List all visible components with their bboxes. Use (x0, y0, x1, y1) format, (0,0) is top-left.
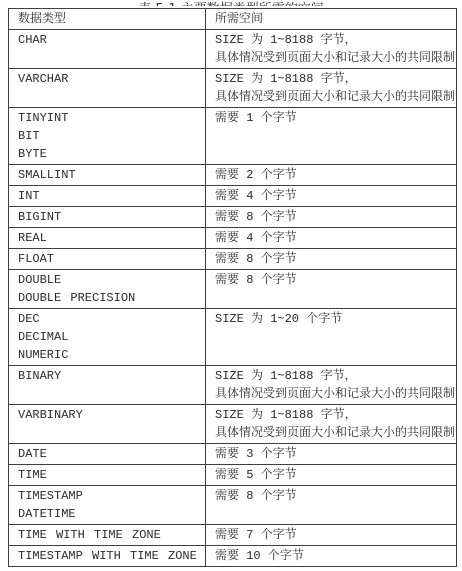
table-row: DECDECIMALNUMERICSIZE 为 1~20 个字节 (9, 309, 457, 366)
cell-line: TIME WITH TIME ZONE (18, 526, 203, 544)
table-row: TIMESTAMPDATETIME需要 8 个字节 (9, 486, 457, 525)
type-cell: TINYINTBITBYTE (9, 108, 206, 165)
cell-line: DOUBLE PRECISION (18, 289, 203, 307)
type-cell: TIME (9, 465, 206, 486)
cell-line: 具体情况受到页面大小和记录大小的共同限制 (215, 385, 454, 403)
space-cell: SIZE 为 1~8188 字节，具体情况受到页面大小和记录大小的共同限制 (206, 69, 457, 108)
cell-line: VARCHAR (18, 70, 203, 88)
type-cell: DECDECIMALNUMERIC (9, 309, 206, 366)
cell-line: 需要 1 个字节 (215, 109, 454, 127)
cell-line: 需要 8 个字节 (215, 271, 454, 289)
space-cell: SIZE 为 1~8188 字节，具体情况受到页面大小和记录大小的共同限制 (206, 405, 457, 444)
space-cell: 需要 8 个字节 (206, 249, 457, 270)
cell-line: DECIMAL (18, 328, 203, 346)
cell-line: TIMESTAMP WITH TIME ZONE (18, 547, 203, 565)
cell-line: TINYINT (18, 109, 203, 127)
type-cell: DOUBLEDOUBLE PRECISION (9, 270, 206, 309)
header-data-type: 数据类型 (9, 9, 206, 30)
table-row: VARBINARYSIZE 为 1~8188 字节，具体情况受到页面大小和记录大… (9, 405, 457, 444)
cell-line: DATE (18, 445, 203, 463)
table-row: TINYINTBITBYTE需要 1 个字节 (9, 108, 457, 165)
space-cell: 需要 4 个字节 (206, 186, 457, 207)
cell-line: REAL (18, 229, 203, 247)
space-cell: 需要 10 个字节 (206, 546, 457, 567)
type-cell: VARBINARY (9, 405, 206, 444)
type-cell: CHAR (9, 30, 206, 69)
space-cell: 需要 7 个字节 (206, 525, 457, 546)
header-required-space: 所需空间 (206, 9, 457, 30)
cell-line: 需要 3 个字节 (215, 445, 454, 463)
cell-line: 具体情况受到页面大小和记录大小的共同限制 (215, 49, 454, 67)
table-row: SMALLINT需要 2 个字节 (9, 165, 457, 186)
table-caption-text: 表 5-1 主要数据类型所需的空间 (138, 2, 324, 6)
type-cell: TIME WITH TIME ZONE (9, 525, 206, 546)
data-types-table: 数据类型 所需空间 CHARSIZE 为 1~8188 字节，具体情况受到页面大… (8, 8, 457, 567)
cell-line: DOUBLE (18, 271, 203, 289)
table-row: FLOAT需要 8 个字节 (9, 249, 457, 270)
cell-line: 需要 4 个字节 (215, 187, 454, 205)
cell-line: BIT (18, 127, 203, 145)
space-cell: 需要 8 个字节 (206, 270, 457, 309)
type-cell: VARCHAR (9, 69, 206, 108)
type-cell: SMALLINT (9, 165, 206, 186)
cell-line: BINARY (18, 367, 203, 385)
cell-line: NUMERIC (18, 346, 203, 364)
table-caption: 表 5-1 主要数据类型所需的空间 (0, 0, 462, 6)
cell-line: BIGINT (18, 208, 203, 226)
cell-line: 需要 8 个字节 (215, 487, 454, 505)
table-row: INT需要 4 个字节 (9, 186, 457, 207)
cell-line: INT (18, 187, 203, 205)
cell-line: SMALLINT (18, 166, 203, 184)
type-cell: BIGINT (9, 207, 206, 228)
table-row: TIME需要 5 个字节 (9, 465, 457, 486)
document-page: 表 5-1 主要数据类型所需的空间 数据类型 所需空间 CHARSIZE 为 1… (0, 0, 462, 571)
table-row: TIMESTAMP WITH TIME ZONE需要 10 个字节 (9, 546, 457, 567)
cell-line: SIZE 为 1~8188 字节， (215, 367, 454, 385)
type-cell: TIMESTAMP WITH TIME ZONE (9, 546, 206, 567)
table-header-row: 数据类型 所需空间 (9, 9, 457, 30)
cell-line: SIZE 为 1~8188 字节， (215, 70, 454, 88)
cell-line: 需要 2 个字节 (215, 166, 454, 184)
cell-line: 需要 8 个字节 (215, 208, 454, 226)
space-cell: 需要 8 个字节 (206, 207, 457, 228)
table-row: BIGINT需要 8 个字节 (9, 207, 457, 228)
cell-line: 需要 7 个字节 (215, 526, 454, 544)
table-row: VARCHARSIZE 为 1~8188 字节，具体情况受到页面大小和记录大小的… (9, 69, 457, 108)
table-row: DATE需要 3 个字节 (9, 444, 457, 465)
space-cell: SIZE 为 1~8188 字节，具体情况受到页面大小和记录大小的共同限制 (206, 30, 457, 69)
space-cell: 需要 3 个字节 (206, 444, 457, 465)
space-cell: 需要 8 个字节 (206, 486, 457, 525)
cell-line: SIZE 为 1~20 个字节 (215, 310, 454, 328)
cell-line: FLOAT (18, 250, 203, 268)
cell-line: DEC (18, 310, 203, 328)
cell-line: 具体情况受到页面大小和记录大小的共同限制 (215, 88, 454, 106)
table-row: BINARYSIZE 为 1~8188 字节，具体情况受到页面大小和记录大小的共… (9, 366, 457, 405)
type-cell: INT (9, 186, 206, 207)
cell-line: CHAR (18, 31, 203, 49)
cell-line: 需要 8 个字节 (215, 250, 454, 268)
space-cell: 需要 4 个字节 (206, 228, 457, 249)
cell-line: VARBINARY (18, 406, 203, 424)
cell-line: TIMESTAMP (18, 487, 203, 505)
cell-line: SIZE 为 1~8188 字节， (215, 31, 454, 49)
cell-line: 需要 5 个字节 (215, 466, 454, 484)
cell-line: 具体情况受到页面大小和记录大小的共同限制 (215, 424, 454, 442)
space-cell: 需要 1 个字节 (206, 108, 457, 165)
space-cell: SIZE 为 1~20 个字节 (206, 309, 457, 366)
table-row: DOUBLEDOUBLE PRECISION需要 8 个字节 (9, 270, 457, 309)
cell-line: 需要 10 个字节 (215, 547, 454, 565)
table-row: CHARSIZE 为 1~8188 字节，具体情况受到页面大小和记录大小的共同限… (9, 30, 457, 69)
space-cell: SIZE 为 1~8188 字节，具体情况受到页面大小和记录大小的共同限制 (206, 366, 457, 405)
type-cell: BINARY (9, 366, 206, 405)
type-cell: TIMESTAMPDATETIME (9, 486, 206, 525)
space-cell: 需要 5 个字节 (206, 465, 457, 486)
table-body: CHARSIZE 为 1~8188 字节，具体情况受到页面大小和记录大小的共同限… (9, 30, 457, 567)
table-row: REAL需要 4 个字节 (9, 228, 457, 249)
type-cell: FLOAT (9, 249, 206, 270)
space-cell: 需要 2 个字节 (206, 165, 457, 186)
table-row: TIME WITH TIME ZONE需要 7 个字节 (9, 525, 457, 546)
cell-line: SIZE 为 1~8188 字节， (215, 406, 454, 424)
cell-line: DATETIME (18, 505, 203, 523)
cell-line: BYTE (18, 145, 203, 163)
cell-line: TIME (18, 466, 203, 484)
type-cell: DATE (9, 444, 206, 465)
type-cell: REAL (9, 228, 206, 249)
cell-line: 需要 4 个字节 (215, 229, 454, 247)
